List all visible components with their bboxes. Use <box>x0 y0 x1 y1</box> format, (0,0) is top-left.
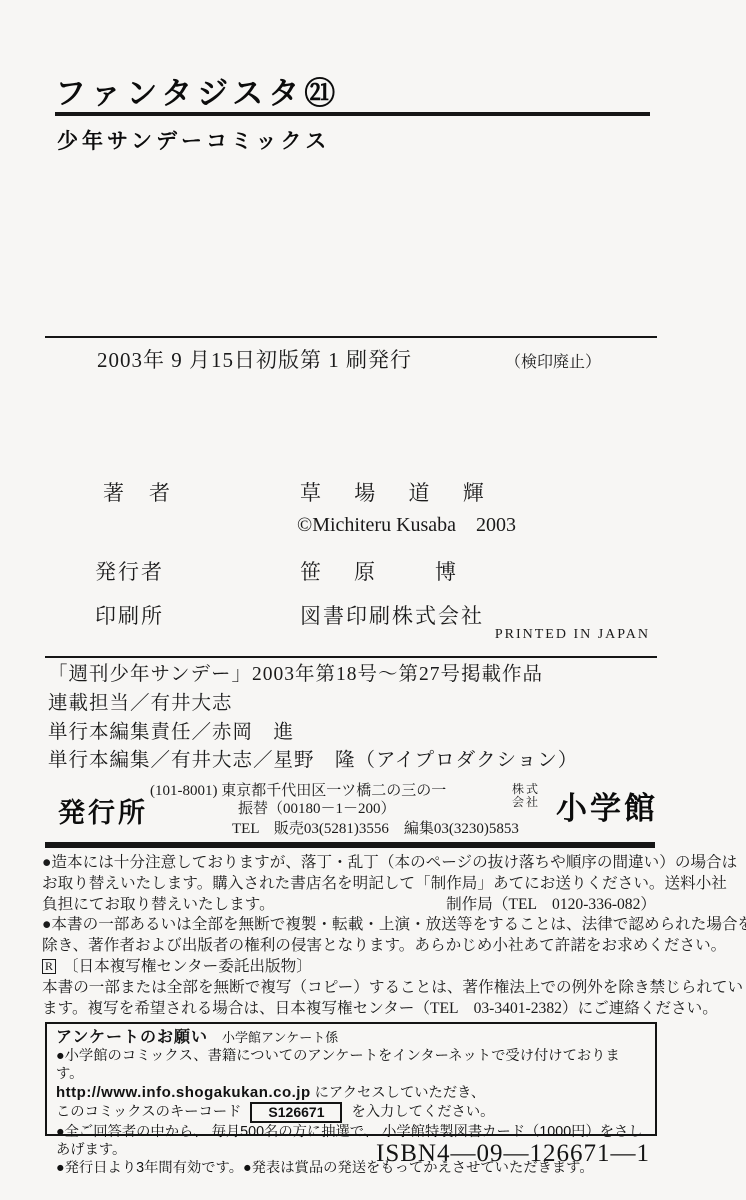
survey-internet-line: ●小学館のコミックス、書籍についてのアンケートをインターネットで受け付けておりま… <box>56 1047 646 1083</box>
keycode-prefix: このコミックスのキーコード <box>56 1104 241 1120</box>
series-name: 少年サンデーコミックス <box>57 125 330 155</box>
edition-top-rule <box>45 336 657 338</box>
printed-in-japan: PRINTED IN JAPAN <box>495 627 650 643</box>
binding-notice-line3-text: 負担にてお取り替えいたします。 <box>42 895 275 916</box>
serial-editor-line: 連載担当／有井大志 <box>48 690 578 719</box>
magazine-run-line: 「週刊少年サンデー」2003年第18号～第27号掲載作品 <box>48 661 578 690</box>
binding-notice-line2: お取り替えいたします。購入された書店名を明記して「制作局」あてにお送りください。… <box>42 874 656 895</box>
colophon-page: { "page": { "title": "ファンタジスタ㉑", "series… <box>0 0 746 1200</box>
binding-notice-line3: 負担にてお取り替えいたします。 制作局（TEL 0120-336-082） <box>42 895 656 916</box>
printer-name: 図書印刷株式会社 <box>300 600 484 630</box>
copyright-line: ©Michiteru Kusaba 2003 <box>297 508 516 537</box>
survey-addressee: 小学館アンケート係 <box>222 1030 338 1045</box>
copyright-notice-line2: 除き、著作者および出版者の権利の侵害となります。あらかじめ小社あて許諾をお求めく… <box>42 936 656 957</box>
printer-label: 印刷所 <box>95 600 164 630</box>
telephone-line: TEL 販売03(5281)3556 編集03(3230)5853 <box>232 817 519 838</box>
publisher-label: 発行者 <box>95 556 164 586</box>
title-divider-rule <box>55 112 650 116</box>
photocopy-notice-line2: ます。複写を希望される場合は、日本複写権センター（TEL 03-3401-238… <box>42 999 656 1020</box>
survey-url: http://www.info.shogakukan.co.jp <box>56 1084 311 1101</box>
author-label: 著 者 <box>103 477 172 507</box>
keycode-suffix: を入力してください。 <box>351 1104 494 1120</box>
survey-url-suffix: にアクセスしていただき、 <box>315 1085 486 1101</box>
isbn-number: ISBN4—09—126671—1 <box>376 1140 650 1168</box>
jrrc-registered-mark: R <box>42 959 56 974</box>
jrrc-line: R 〔日本複写権センター委託出版物〕 <box>42 957 656 978</box>
binding-notice-line1: ●造本には十分注意しておりますが、落丁・乱丁（本のページの抜け落ちや順序の間違い… <box>42 853 656 874</box>
publisher-bottom-rule <box>45 842 655 848</box>
survey-title-row: アンケートのお願い 小学館アンケート係 <box>56 1029 646 1047</box>
production-bureau-contact: 制作局（TEL 0120-336-082） <box>446 895 656 916</box>
keycode-value: S126671 <box>250 1102 342 1123</box>
postal-transfer-line: 振替（00180－1－200） <box>238 797 396 818</box>
survey-title: アンケートのお願い <box>56 1029 208 1046</box>
book-chief-editor-line: 単行本編集責任／赤岡 進 <box>48 719 578 748</box>
book-title: ファンタジスタ㉑ <box>55 68 340 113</box>
book-editors-line: 単行本編集／有井大志／星野 隆（アイプロダクション） <box>48 747 578 776</box>
photocopy-notice-line1: 本書の一部または全部を無断で複写（コピー）することは、著作権法上での例外を除き禁… <box>42 978 656 999</box>
serialization-top-rule <box>45 656 657 658</box>
edition-date: 2003年 9 月15日初版第 1 刷発行 <box>97 344 412 374</box>
company-name: 小学館 <box>556 783 658 828</box>
company-type-bottom: 会社 <box>512 796 540 809</box>
publishing-house-label: 発行所 <box>58 791 148 830</box>
survey-request-box: アンケートのお願い 小学館アンケート係 ●小学館のコミックス、書籍についてのアン… <box>45 1022 657 1136</box>
company-type-stack: 株式 会社 <box>512 783 540 809</box>
publisher-name: 笹 原 博 <box>300 556 462 586</box>
author-name: 草 場 道 輝 <box>300 477 498 507</box>
copyright-notice-line1: ●本書の一部あるいは全部を無断で複製・転載・上演・放送等をすることは、法律で認め… <box>42 915 656 936</box>
seal-abolition-note: （検印廃止） <box>505 349 601 372</box>
survey-url-line: http://www.info.shogakukan.co.jp にアクセスして… <box>56 1084 646 1102</box>
serialization-block: 「週刊少年サンデー」2003年第18号～第27号掲載作品 連載担当／有井大志 単… <box>48 661 578 776</box>
survey-keycode-line: このコミックスのキーコード S126671 を入力してください。 <box>56 1102 646 1123</box>
legal-notices: ●造本には十分注意しておりますが、落丁・乱丁（本のページの抜け落ちや順序の間違い… <box>42 853 656 1019</box>
jrrc-label: 〔日本複写権センター委託出版物〕 <box>63 958 312 975</box>
